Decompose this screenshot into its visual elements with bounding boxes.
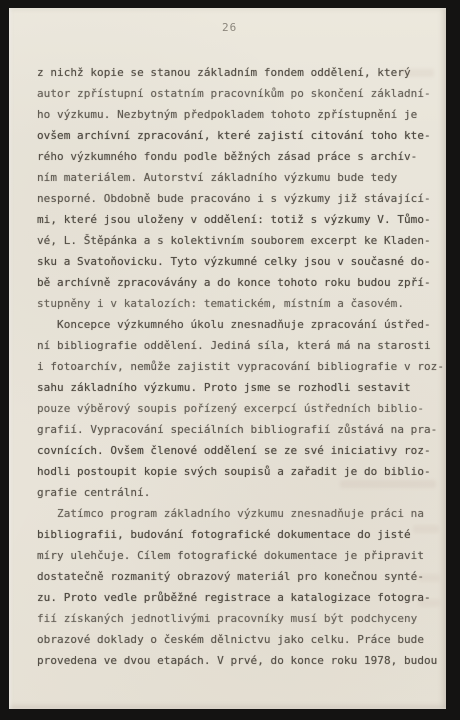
- page-number: 26: [222, 21, 237, 34]
- text-line: ní bibliografie oddělení. Jediná síla, k…: [37, 335, 439, 356]
- text-line: autor zpřístupní ostatním pracovníkům po…: [37, 83, 439, 104]
- text-line: fií získaných jednotlivými pracovníky mu…: [37, 608, 439, 629]
- text-line: obrazové doklady o českém dělnictvu jako…: [37, 629, 439, 650]
- document-page: 26 z nichž kopie se stanou základním fon…: [9, 8, 446, 709]
- text-line: grafie centrální.: [37, 482, 439, 503]
- text-line: míry ulehčuje. Cílem fotografické dokume…: [37, 545, 439, 566]
- text-line: sahu základního výzkumu. Proto jsme se r…: [37, 377, 439, 398]
- text-line: z nichž kopie se stanou základním fondem…: [37, 62, 439, 83]
- text-line: dostatečně rozmanitý obrazový materiál p…: [37, 566, 439, 587]
- text-line: grafií. Vypracování speciálních bibliogr…: [37, 419, 439, 440]
- text-line: nesporné. Obdobně bude pracováno i s výz…: [37, 188, 439, 209]
- text-line: i fotoarchív, nemůže zajistit vypracován…: [37, 356, 439, 377]
- text-line: ním materiálem. Autorství základního výz…: [37, 167, 439, 188]
- text-line: mi, které jsou uloženy v oddělení: totiž…: [37, 209, 439, 230]
- text-line: zu. Proto vedle průběžné registrace a ka…: [37, 587, 439, 608]
- text-line: hodli postoupit kopie svých soupisů a za…: [37, 461, 439, 482]
- page-text: z nichž kopie se stanou základním fondem…: [37, 62, 439, 671]
- text-line: Koncepce výzkumného úkolu znesnadňuje zp…: [37, 314, 439, 335]
- text-line: Zatímco program základního výzkumu znesn…: [37, 503, 439, 524]
- text-line: vé, L. Štěpánka a s kolektivním souborem…: [37, 230, 439, 251]
- text-line: rého výzkumného fondu podle běžných zása…: [37, 146, 439, 167]
- text-line: pouze výběrový soupis pořízený excerpcí …: [37, 398, 439, 419]
- text-line: bibliografii, budování fotografické doku…: [37, 524, 439, 545]
- text-line: provedena ve dvou etapách. V prvé, do ko…: [37, 650, 439, 671]
- scanned-document: { "colors": { "paper": "#e9e5da", "ink":…: [0, 0, 460, 720]
- text-line: sku a Svatoňovicku. Tyto výzkumné celky …: [37, 251, 439, 272]
- text-line: ovšem archívní zpracování, které zajistí…: [37, 125, 439, 146]
- text-line: ho výzkumu. Nezbytným předpokladem tohot…: [37, 104, 439, 125]
- text-line: covnících. Ovšem členové oddělení se ze …: [37, 440, 439, 461]
- text-line: stupněny i v katalozích: tematickém, mís…: [37, 293, 439, 314]
- text-line: bě archívně zpracovávány a do konce toho…: [37, 272, 439, 293]
